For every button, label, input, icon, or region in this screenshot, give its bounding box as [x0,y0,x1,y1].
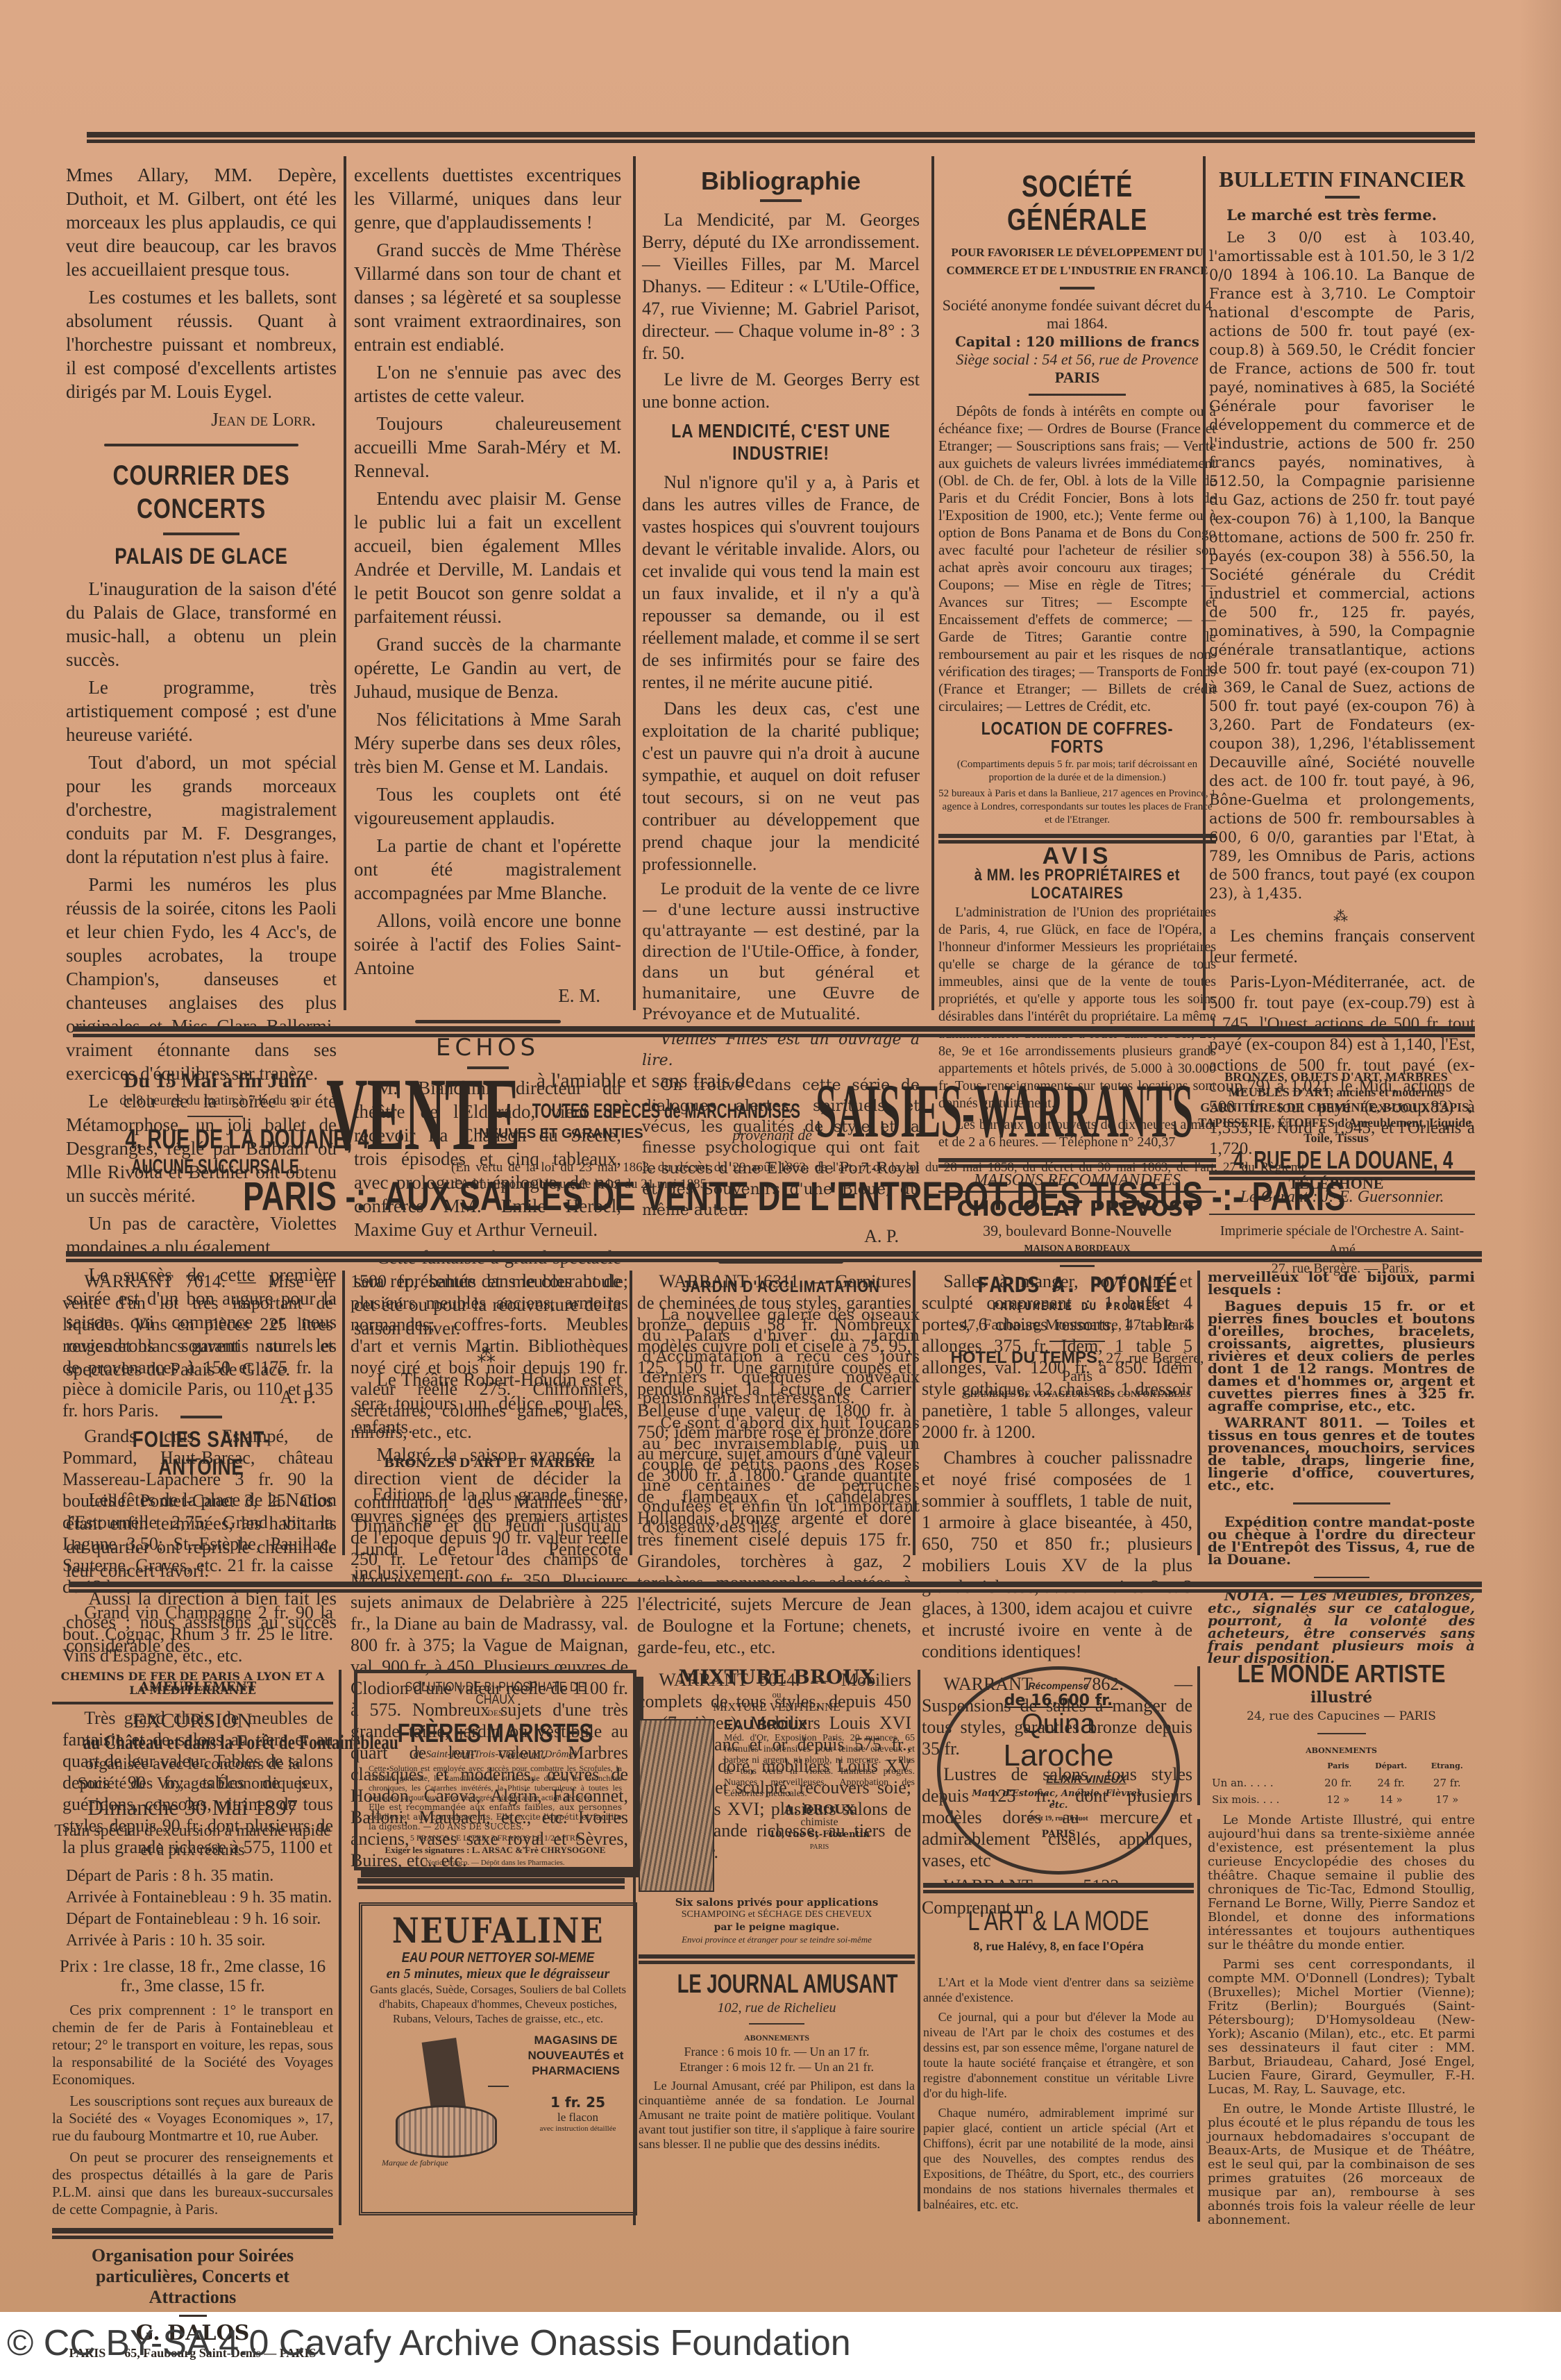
column-divider [339,1670,341,2225]
article-text: Les souscriptions sont reçues aux bureau… [52,2093,333,2145]
quina-laroche-ad: Récompense de 16,600 fr. Quina Laroche É… [937,1666,1180,1875]
top-rule [87,132,1475,140]
maristes-ad: SOLUTION DE BI-PHOSPHATE DE CHAUX DES FR… [354,1670,636,1870]
subsection-heading: LOCATION DE COFFRES-FORTS [963,719,1191,755]
column-divider [630,1271,632,1555]
column-divider [342,1271,345,1555]
byline: E. M. [354,984,621,1007]
column-divider [1197,1819,1200,2222]
divider [1317,1733,1366,1734]
band-rule [73,1026,1475,1034]
product-brand: MIXTURE BROUX [639,1666,915,1688]
article-text: Mmes Allary, MM. Depère, Duthoit, et M. … [66,163,337,281]
subscription-table: Paris Départ. Etrang. Un an. . . . . 20 … [1208,1758,1475,1808]
section-heading: SOCIÉTÉ GÉNÉRALE [966,170,1188,237]
subsection-heading: LA MENDICITÉ, C'EST UNE INDUSTRIE! [667,420,895,464]
divider [718,1260,843,1264]
head-office: Siège social : 54 et 56, rue de Provence [938,351,1216,369]
article-text: Vieilles Filles est un ouvrage à lire. [642,1030,920,1071]
column-divider [1197,1271,1200,1555]
city: PARIS [938,369,1216,387]
article-text: Grand succès de Mme Thérèse Villarmé dan… [354,238,621,356]
article-text: excellents duettistes excentriques les V… [354,163,621,234]
divider [760,199,802,202]
warrant-text: Grands crus Estampé, de Pommard, Haut-Ba… [62,1425,333,1598]
founding-note: Société anonyme fondée suivant décret du… [938,296,1216,333]
band-rule [66,1251,1482,1259]
table-cell: 20 fr. [1313,1775,1363,1791]
product-brand: Laroche [940,1739,1176,1773]
product-brand: FRÈRES MARISTES [396,1719,594,1748]
column-divider [344,156,346,1010]
divider [923,1883,1194,1890]
nota-note: NOTA. — Les Meubles, bronzes, etc., sign… [1208,1589,1475,1664]
article-text: Le programme, très artistiquement compos… [66,676,337,746]
article-text: En outre, le Monde Artiste Illustré, le … [1208,2102,1475,2227]
neufaline-ad: NEUFALINE EAU POUR NETTOYER SOI-MEME en … [359,1902,637,2215]
product-claim: en 5 minutes, mieux que le dégraisseur [368,1966,628,1982]
divider [1293,1502,1390,1505]
article-text: Dans les deux cas, c'est une exploitatio… [642,698,920,875]
divider [52,2228,333,2236]
goods-origin: provenant de [732,1126,812,1144]
table-cell: 17 » [1419,1791,1475,1808]
ad-middle: à l'amiable et sans frais de TOUTES ESPÈ… [479,1069,812,1144]
warrant-text: Salles à manger, noyé ciré et sculpté co… [922,1271,1192,1443]
excursion-title: EXCURSION [52,1711,333,1731]
product-brand: NEUFALINE [387,1911,609,1950]
section-heading: ECHOS [354,1036,621,1059]
journal-title: L'ART & LA MODE [953,1904,1164,1938]
section-heading: BULLETIN FINANCIER [1209,170,1475,189]
divider [104,444,298,446]
article-text: Ces prix comprennent : 1° le transport e… [52,2002,333,2088]
company-tagline: POUR FAVORISER LE DÉVELOPPEMENT DU COMME… [938,244,1216,280]
column-divider [918,1670,920,2211]
table-row: Un an. . . . . 20 fr. 24 fr. 27 fr. [1208,1775,1475,1791]
goods-condition: NEUVES ET GARANTIES [479,1126,643,1144]
product-uses: Maux d'Estomac, Anémie, Fièvres, etc. [940,1788,1176,1811]
article-text: Le produit de la vente de ce livre — d'u… [642,880,920,1025]
byline: Jean de Lorr. [66,408,337,431]
product-city: PARIS [940,1827,1176,1842]
table-header: Paris Départ. Etrang. [1208,1758,1475,1775]
railway-company: CHEMINS DE FER DE PARIS A LYON ET A LA M… [52,1670,333,1704]
section-heading: COURRIER DES CONCERTS [93,459,310,526]
divider [749,2023,804,2025]
schedule-item: Arrivée à Fontainebleau : 9 h. 35 matin. [66,1887,333,1909]
article-text: La Mendicité, par M. Georges Berry, dépu… [642,209,920,364]
divider [187,1116,243,1117]
goods-subline: NEUVES ET GARANTIES provenant de [479,1126,812,1144]
saisies-title: SAISIES-WARRANTS [816,1069,1193,1153]
column-divider [931,156,934,1010]
product-alt-name: MIXTURE VÉNITIENNE [639,1701,915,1713]
article-text: Allons, voilà encore une bonne soirée à … [354,909,621,980]
article-text: L'Art et la Mode vient d'entrer dans sa … [923,1975,1194,2005]
warrant-text: merveilleux lot de bijoux, parmi lesquel… [1208,1271,1475,1296]
market-report: Les chemins français conservent leur fer… [1209,926,1475,968]
article-text: Ce journal, qui a pour but d'élever la M… [923,2009,1194,2101]
divider [163,533,239,535]
subsection-heading: PALAIS DE GLACE [90,542,312,570]
product-type: SOLUTION DE BI-PHOSPHATE DE CHAUX [387,1682,602,1707]
divider [1325,196,1360,199]
schedule-item: Arrivée à Paris : 10 h. 35 soir. [66,1930,333,1952]
article-text: Nul n'ignore qu'il y a, à Paris et dans … [642,471,920,694]
article-text: Grand succès de la charmante opérette, L… [354,632,621,703]
product-description: Cette Solution est employée avec succès … [369,1763,622,1802]
table-header-cell [1208,1758,1313,1775]
copyright-credit: © CC BY-SA 4.0 Cavafy Archive Onassis Fo… [7,2322,851,2364]
article-text: L'inauguration de la saison d'été du Pal… [66,577,337,671]
journal-title: LE MONDE ARTISTE [1228,1659,1455,1688]
journal-address: 102, rue de Richelieu [639,2000,915,2016]
column-divider [1203,156,1206,1010]
excursion-destination: au Château et dans la Forêt de Fontaineb… [83,1731,303,1754]
subscriptions-heading: ABONNEMENTS [639,2031,915,2044]
monde-artiste-ad: LE MONDE ARTISTE illustré 24, rue des Ca… [1208,1659,1475,2231]
article-text: On peut se procurer des renseignements e… [52,2149,333,2218]
subscription-france: France : 6 mois 10 fr. — Un an 17 fr. [639,2044,915,2059]
comb-note: par le peigne magique. [639,1921,915,1934]
product-or: ou [639,1688,915,1701]
product-tagline: EAU POUR NETTOYER SOI-MEME [387,1950,609,1966]
divider [1060,287,1095,290]
schedule: Départ de Paris : 8 h. 35 matin. Arrivée… [52,1866,333,1952]
product-uses: Gants glacés, Suède, Corsages, Souliers … [368,1982,628,2026]
product-price: 5 FRANCS LE LITRE; 3 FRANCS LE 1/2 LITRE [369,1832,622,1844]
warrant-text: Bagues depuis 15 fr. or et pierres fines… [1208,1300,1475,1412]
article-text: Tous les couplets ont été vigoureusement… [354,782,621,830]
newspaper-page: Mmes Allary, MM. Depère, Duthoit, et M. … [0,0,1561,2312]
agencies-note: 52 bureaux à Paris et dans la Banlieue, … [938,787,1216,827]
warrant-text: WARRANT 8011. — Toiles et tissus en tous… [1208,1416,1475,1491]
divider [639,1954,915,1961]
divider [1060,1265,1095,1267]
section-heading: Bibliographie [642,170,920,192]
column-divider [633,156,636,1010]
product-origin: de Saint-Paul-Trois-Châteaux (Drôme) [369,1748,622,1761]
warrant-text: 1500 fr., bahuts et meubles boule; plusi… [351,1271,628,1443]
salons-note: Six salons privés pour applications [639,1896,915,1909]
article-text: Parmi les numéros les plus réussis de la… [66,873,337,1085]
table-row: Six mois. . . . 12 » 14 » 17 » [1208,1791,1475,1808]
product-signatures: Exiger les signatures : L. ARSAC & Frè C… [369,1844,622,1857]
goods-list: BRONZES, OBJETS D'ART, MARBRES MEUBLES D… [1194,1069,1478,1146]
asterism: ⁂ [1209,907,1475,926]
award-amount: de 16,600 fr. [940,1693,1176,1709]
portrait-illustration [639,1719,714,1892]
section-heading: AVIS [938,847,1216,865]
article-text: Tout d'abord, un mot spécial pour les gr… [66,751,337,869]
article-text: Toujours chaleureusement accueilli Mme S… [354,412,621,483]
divider [179,2315,207,2317]
market-report: Le 3 0/0 est à 103.40, l'amortissable es… [1209,228,1475,903]
excursion-organiser: organisée avec le concours de la Société… [52,1754,333,1793]
schedule-item: Départ de Paris : 8 h. 35 matin. [66,1866,333,1887]
goods-type: TOUTES ESPÈCES de MARCHANDISES [532,1100,759,1123]
sale-terms: à l'amiable et sans frais de [479,1069,812,1093]
article-text: Les costumes et les ballets, sont absolu… [66,285,337,403]
coffres-note: (Compartiments depuis 5 fr. par mois; ta… [938,758,1216,785]
article-text: Parmi ses cent correspondants, il compte… [1208,1958,1475,2097]
article-text: Le Journal Amusant, créé par Philipon, e… [639,2079,915,2152]
ticket-prices: Prix : 1re classe, 18 fr., 2me classe, 1… [52,1957,333,1996]
divider [357,1878,625,1886]
table-cell: Six mois. . . . [1208,1791,1313,1808]
broux-ad: MIXTURE BROUX ou MIXTURE VÉNITIENNE EAU … [639,1666,915,2156]
article-text: Le livre de M. Georges Berry est une bon… [642,369,920,413]
article-text: L'on ne s'ennuie pas avec des artistes d… [354,360,621,408]
column-divider [913,1271,915,1555]
shipping-note: Expédition contre mandat-poste ou chèque… [1208,1516,1475,1566]
bottle-illustration [375,2033,514,2158]
dalos-title: Organisation pour Soirées particulières,… [52,2245,333,2308]
subsection-heading: à MM. les PROPRIÉTAIRES et LOCATAIRES [963,866,1191,903]
band-rule [69,1582,1482,1589]
market-summary: Le marché est très ferme. [1209,206,1475,224]
services-text: Dépôts de fonds à intérêts en compte ou … [938,403,1216,715]
subscription-foreign: Etranger : 6 mois 12 fr. — Un an 21 fr. [639,2059,915,2075]
award-label: Récompense [940,1670,1176,1693]
column-divider [1197,1666,1200,1805]
product-des: DES [369,1707,622,1719]
table-header-cell: Paris [1313,1758,1363,1775]
journal-address: 8, rue Halévy, 8, en face l'Opéra [923,1938,1194,1954]
table-cell: 14 » [1363,1791,1419,1808]
product-brand: Quina [940,1709,1176,1739]
sale-address: 4, RUE DE LA DOUANE, 4 [1233,1146,1438,1175]
article-text: Nos félicitations à Mme Sarah Méry super… [354,707,621,778]
divider [1029,394,1126,396]
subsection-heading: BRONZES D'ART ET MARBRE [351,1452,628,1474]
capital: Capital : 120 millions de francs [938,333,1216,351]
table-cell: 27 fr. [1419,1775,1475,1791]
sale-address: 4, RUE DE LA DOUANE, 4 [125,1124,305,1155]
train-description: Train spécial d'excursion à marche rapid… [52,1821,333,1860]
article-text: La partie de chant et l'opérette ont été… [354,834,621,905]
product-notice: Notice franco. — Dépôt dans les Pharmaci… [369,1857,622,1869]
schedule-item: Départ de Fontainebleau : 9 h. 16 soir. [66,1909,333,1930]
column-divider [633,1670,636,2225]
plm-excursion-ad: CHEMINS DE FER DE PARIS A LYON ET A LA M… [52,1670,333,2363]
sale-dates: Du 15 Mai à fin Juin [90,1069,340,1093]
article-text: Chaque numéro, admirablement imprimé sur… [923,2105,1194,2212]
warrant-text: Chambres à coucher palissnadre et noyé f… [922,1447,1192,1662]
divider [938,834,1216,840]
table-header-cell: Départ. [1363,1758,1419,1775]
article-text: Le Monde Artiste Illustré, qui entre auj… [1208,1813,1475,1952]
warrant-text: WARRANT 16311. — Garnitures de cheminées… [637,1271,911,1658]
shipping-note: Envoi province et étranger pour se teind… [639,1934,915,1946]
table-cell: Un an. . . . . [1208,1775,1313,1791]
article-text: Entendu avec plaisir M. Gense le public … [354,487,621,628]
quina-artmode-column: Récompense de 16,600 fr. Quina Laroche É… [923,1666,1194,2216]
journal-subtitle: illustré [1208,1688,1475,1707]
trademark-caption: Marque de fabrique [368,2158,628,2168]
broux-body: EAU BROUX Méd. d'Or, Exposition Paris. 2… [639,1719,915,1892]
journal-address: 24, rue des Capucines — PARIS [1208,1709,1475,1723]
ad-left: Du 15 Mai à fin Juin de 8 heures du mati… [90,1069,340,1179]
subscriptions-heading: ABONNEMENTS [1208,1744,1475,1758]
excursion-date: Dimanche 30 Mai 1897 [52,1797,333,1817]
table-cell: 12 » [1313,1791,1363,1808]
warrant-text: WARRANT 7014. — Mise en vente d'un lot t… [62,1271,333,1421]
warrants-column-5: merveilleux lot de bijoux, parmi lesquel… [1208,1271,1475,1668]
product-subtitle: ÉLIXIR VINEUX [940,1773,1176,1788]
eau-broux: EAU BROUX [724,1719,807,1733]
table-cell: 24 fr. [1363,1775,1419,1791]
service-note: SCHAMPOING et SÉCHAGE DES CHEVEUX [639,1909,915,1921]
neufaline-lower: MAGASINS DE NOUVEAUTÉS et PHARMACIENS 1 … [368,2026,628,2158]
journal-title: LE JOURNAL AMUSANT [677,1969,877,2000]
divider [415,1020,561,1023]
sale-hours: de 8 heures du matin à 7 h. du soir [90,1093,340,1109]
sale-banner: PARIS -:- AUX SALLES DE VENTE DE L'ENTRE… [243,1173,1326,1220]
warrant-text: Grand vin Champagne 2 fr. 90 la bout. Co… [62,1602,333,1666]
product-address: 22 et 19, rue Drouot [940,1811,1176,1827]
table-header-cell: Etrang. [1419,1758,1475,1775]
divider [1314,1577,1369,1578]
product-description: Elle est recommandée aux enfants faibles… [369,1802,622,1832]
